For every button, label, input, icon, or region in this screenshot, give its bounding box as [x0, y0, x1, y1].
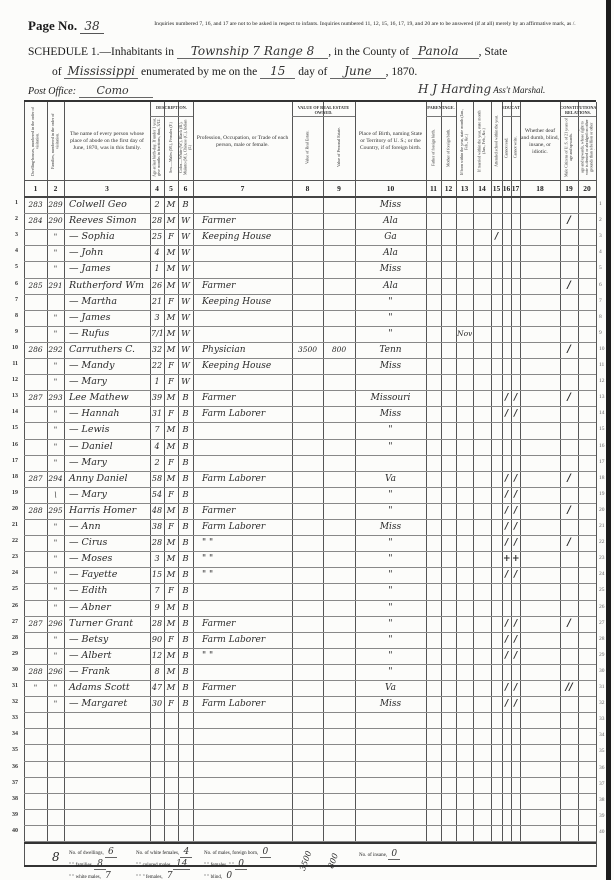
cell-name: Rutherford Wm [65, 280, 149, 292]
cell-age: 25 [151, 231, 163, 243]
line-number: 21 [4, 522, 18, 528]
column-header-8: Value of Real Estate. [293, 118, 322, 177]
cell-family: " [48, 602, 63, 614]
cell-age: 3 [151, 553, 163, 565]
cell-occupation: " " [194, 650, 291, 662]
cell-name: — James [65, 312, 149, 324]
summary-insane-label: No. of insane, [359, 853, 387, 858]
cell-occupation: Farm Laborer [194, 473, 291, 485]
summary-insane: No. of insane, 0 [359, 849, 400, 859]
line-number-right: 22 [599, 539, 605, 545]
summary-families-value: 8 [94, 859, 106, 870]
cell-color: B [179, 489, 192, 501]
cell-color: W [179, 215, 192, 227]
cell-age: 47 [151, 682, 163, 694]
group-header-parentage: PARENTAGE. [426, 105, 456, 116]
cell-sex: M [165, 537, 177, 549]
line-number: 5 [4, 264, 18, 270]
cell-c16: / [503, 408, 510, 420]
summary-foreign-males-value: 0 [260, 847, 272, 858]
line-number: 11 [4, 361, 18, 367]
group-header-education: EDUCATION. [502, 105, 520, 116]
cell-name: Harris Homer [65, 505, 149, 517]
cell-family: 292 [48, 344, 63, 356]
cell-name: — Edith [65, 585, 149, 597]
group-header-value-estate: VALUE OF REAL ESTATE OWNED. [292, 105, 355, 116]
cell-sex: M [165, 650, 177, 662]
cell-birthplace: Ala [356, 215, 425, 227]
cell-birthplace: " [356, 666, 425, 678]
cell-c16: / [503, 473, 510, 485]
column-header-13: If born within the year, state month (Ja… [457, 106, 472, 177]
cell-birthplace: " [356, 602, 425, 614]
column-header-15: Attended school within the year. [492, 106, 501, 177]
cell-occupation: Farmer [194, 280, 291, 292]
cell-name: Anny Daniel [65, 473, 149, 485]
line-number-right: 28 [599, 636, 605, 642]
cell-family: 289 [48, 199, 63, 211]
cell-family: " [48, 521, 63, 533]
cell-color: W [179, 247, 192, 259]
summary-white-males-value: 7 [102, 871, 114, 880]
cell-family: " [48, 231, 63, 243]
cell-c19: / [561, 344, 577, 356]
cell-c16: / [503, 505, 510, 517]
row-rule [24, 422, 596, 423]
row-rule [24, 487, 596, 488]
group-rule [426, 116, 456, 117]
cell-family: " [48, 424, 63, 436]
cell-c16: / [503, 489, 510, 501]
line-number-right: 18 [599, 475, 605, 481]
cell-occupation: " " [194, 537, 291, 549]
summary-white-males-label: " " white males, [69, 875, 101, 880]
line-number: 36 [4, 764, 18, 770]
cell-birthplace: " [356, 585, 425, 597]
day-of-label: day of [298, 66, 327, 78]
cell-family: 291 [48, 280, 63, 292]
column-header-3: The name of every person whose place of … [65, 106, 149, 177]
row-rule [24, 648, 596, 649]
cell-c16: / [503, 392, 510, 404]
group-rule [560, 116, 596, 117]
line-number-right: 37 [599, 781, 605, 787]
cell-age: 4 [151, 441, 163, 453]
line-number: 18 [4, 474, 18, 480]
column-number-8: 8 [292, 184, 323, 193]
row-rule [24, 245, 596, 246]
summary-personal-estate-total: 800 [325, 852, 342, 870]
cell-c17: / [512, 618, 519, 630]
column-number-14: 14 [473, 184, 491, 193]
row-rule [24, 390, 596, 391]
cell-age: 54 [151, 489, 163, 501]
cell-name: Reeves Simon [65, 215, 149, 227]
cell-family: " [48, 408, 63, 420]
column-header-6: Color.—White (W.), Black (B.), Mulatto (… [179, 118, 192, 177]
cell-sex: M [165, 666, 177, 678]
column-number-13: 13 [456, 184, 473, 193]
line-number-right: 4 [599, 249, 602, 255]
column-header-10: Place of Birth, naming State or Territor… [356, 106, 425, 177]
cell-name: — Moses [65, 553, 149, 565]
cell-birthplace: Missouri [356, 392, 425, 404]
cell-name: — Daniel [65, 441, 149, 453]
schedule-label: SCHEDULE 1.—Inhabitants in [28, 46, 174, 58]
summary-families: " " families, 8 [69, 859, 106, 869]
cell-sex: M [165, 441, 177, 453]
column-header-7: Profession, Occupation, or Trade of each… [194, 106, 291, 177]
cell-personal-estate: 800 [324, 344, 354, 356]
line-number: 20 [4, 506, 18, 512]
summary-foreign-females-label: " " females, " " [204, 863, 234, 868]
summary-colored-females-value: 7 [164, 871, 176, 880]
line-number: 8 [4, 313, 18, 319]
cell-c17: / [512, 682, 519, 694]
column-number-16: 16 [502, 184, 511, 193]
summary-blind-label: " " blind, [204, 875, 222, 880]
cell-age: 7 [151, 585, 163, 597]
group-rule [502, 116, 520, 117]
line-number-right: 36 [599, 765, 605, 771]
cell-c19: / [561, 392, 577, 404]
cell-name: Colwell Geo [65, 199, 149, 211]
line-number: 22 [4, 538, 18, 544]
cell-c16: / [503, 682, 510, 694]
cell-family: " [48, 537, 63, 549]
line-number-right: 34 [599, 732, 605, 738]
cell-family: " [48, 312, 63, 324]
cell-name: — Abner [65, 602, 149, 614]
cell-color: B [179, 666, 192, 678]
line-number: 7 [4, 297, 18, 303]
cell-birthplace: Ga [356, 231, 425, 243]
line-number: 40 [4, 828, 18, 834]
summary-white-males: " " white males, 7 [69, 871, 114, 880]
row-rule [24, 439, 596, 440]
cell-sex: F [165, 376, 177, 388]
column-number-12: 12 [441, 184, 456, 193]
cell-c16: / [503, 650, 510, 662]
line-number: 12 [4, 377, 18, 383]
cell-color: W [179, 312, 192, 324]
cell-name: — Hannah [65, 408, 149, 420]
line-number-right: 26 [599, 604, 605, 610]
summary-rule [24, 842, 596, 844]
line-number: 39 [4, 812, 18, 818]
page-total-mark: 8 [52, 851, 60, 863]
line-number: 2 [4, 216, 18, 222]
column-number-18: 18 [520, 184, 560, 193]
line-number-right: 23 [599, 555, 605, 561]
row-rule [24, 503, 596, 504]
line-number-right: 25 [599, 587, 605, 593]
line-number: 4 [4, 248, 18, 254]
cell-color: B [179, 553, 192, 565]
line-number: 31 [4, 683, 18, 689]
row-rule [24, 406, 596, 407]
column-header-4: Age at last birth-day. If under 1 year, … [151, 118, 163, 177]
line-number: 38 [4, 796, 18, 802]
cell-c17: + [512, 553, 519, 565]
cell-color: B [179, 650, 192, 662]
column-number-10: 10 [355, 184, 426, 193]
line-number-right: 14 [599, 410, 605, 416]
line-number-right: 1 [599, 201, 602, 207]
summary-insane-value: 0 [388, 849, 400, 860]
cell-sex: M [165, 199, 177, 211]
cell-name: — Lewis [65, 424, 149, 436]
line-number-right: 16 [599, 443, 605, 449]
cell-occupation: Farmer [194, 215, 291, 227]
cell-family: 296 [48, 666, 63, 678]
line-number-right: 2 [599, 217, 602, 223]
line-number: 10 [4, 345, 18, 351]
cell-sex: M [165, 553, 177, 565]
cell-name: — Martha [65, 296, 149, 308]
marshal-name: H J Harding [418, 82, 491, 96]
cell-sex: M [165, 569, 177, 581]
cell-sex: M [165, 618, 177, 630]
line-number: 32 [4, 699, 18, 705]
line-number-right: 3 [599, 233, 602, 239]
township-field: Township 7 Range 8 [177, 44, 328, 59]
cell-name: — Mary [65, 489, 149, 501]
column-number-20: 20 [578, 184, 596, 193]
row-rule [24, 519, 596, 520]
row-rule [24, 342, 596, 343]
row-rule [24, 535, 596, 536]
line-number-right: 17 [599, 459, 605, 465]
cell-name: Lee Mathew [65, 392, 149, 404]
summary-colored-males-value: 14 [173, 859, 190, 870]
cell-family: " [48, 553, 63, 565]
cell-occupation: Farmer [194, 618, 291, 630]
cell-c17: / [512, 392, 519, 404]
cell-c16: / [503, 618, 510, 630]
cell-color: B [179, 585, 192, 597]
cell-birthplace: Miss [356, 408, 425, 420]
row-rule [24, 567, 596, 568]
group-rule [292, 116, 355, 117]
cell-color: W [179, 360, 192, 372]
cell-c16: / [503, 634, 510, 646]
cell-c16: + [503, 553, 510, 565]
cell-age: 9 [151, 602, 163, 614]
column-header-12: Mother of foreign birth. [442, 118, 455, 177]
cell-birthplace: " [356, 312, 425, 324]
cell-birthplace: " [356, 505, 425, 517]
cell-sex: M [165, 247, 177, 259]
column-rule [596, 102, 597, 867]
cell-family: \ [48, 489, 63, 501]
cell-color: B [179, 408, 192, 420]
cell-name: — Rufus [65, 328, 149, 340]
line-number: 17 [4, 458, 18, 464]
cell-color: W [179, 296, 192, 308]
line-number: 26 [4, 603, 18, 609]
group-rule [150, 116, 193, 117]
county-label: , in the County of [328, 46, 409, 58]
column-number-19: 19 [560, 184, 578, 193]
cell-name: — Sophia [65, 231, 149, 243]
row-rule [24, 600, 596, 601]
cell-sex: M [165, 215, 177, 227]
enumeration-line: of Mississippi enumerated by me on the 1… [52, 64, 417, 78]
column-number-9: 9 [323, 184, 355, 193]
cell-age: 30 [151, 698, 163, 710]
cell-color: B [179, 569, 192, 581]
line-number-right: 27 [599, 620, 605, 626]
line-number-right: 20 [599, 507, 605, 513]
cell-age: 7 [151, 424, 163, 436]
row-rule [24, 761, 596, 762]
line-number-right: 31 [599, 684, 605, 690]
summary-dwellings-label: No. of dwellings, [69, 851, 104, 856]
summary-white-females: No. of white females, 4 [136, 847, 192, 857]
row-rule [24, 278, 596, 279]
cell-family: " [48, 457, 63, 469]
cell-occupation: Farm Laborer [194, 521, 291, 533]
post-office-label: Post Office: [28, 86, 76, 97]
cell-dwelling: 286 [25, 344, 46, 356]
row-rule [24, 793, 596, 794]
line-number: 33 [4, 715, 18, 721]
cell-c19: / [561, 537, 577, 549]
line-number-right: 19 [599, 491, 605, 497]
cell-color: B [179, 618, 192, 630]
cell-dwelling: 287 [25, 392, 46, 404]
cell-color: B [179, 698, 192, 710]
cell-sex: M [165, 682, 177, 694]
cell-age: 48 [151, 505, 163, 517]
cell-birthplace: " [356, 328, 425, 340]
line-number-right: 30 [599, 668, 605, 674]
cell-family: " [48, 376, 63, 388]
column-header-14: If married within the year, state month … [474, 106, 490, 177]
line-number-right: 13 [599, 394, 605, 400]
cell-age: 1 [151, 376, 163, 388]
group-header-constitutional: CONSTITUTIONAL RELATIONS. [560, 105, 596, 116]
line-number-right: 32 [599, 700, 605, 706]
cell-family: " [48, 263, 63, 275]
cell-age: 58 [151, 473, 163, 485]
cell-c17: / [512, 473, 519, 485]
cell-birthplace: Miss [356, 263, 425, 275]
summary-white-females-label: No. of white females, [136, 851, 179, 856]
line-number: 6 [4, 281, 18, 287]
cell-age: 1 [151, 263, 163, 275]
row-rule [24, 680, 596, 681]
row-rule [24, 809, 596, 810]
cell-c17: / [512, 698, 519, 710]
cell-birthplace: Va [356, 682, 425, 694]
cell-family: 295 [48, 505, 63, 517]
column-header-5: Sex.—Males (M.), Females (F.) [165, 118, 177, 177]
line-number-right: 12 [599, 378, 605, 384]
column-number-2: 2 [47, 184, 64, 193]
row-rule [24, 551, 596, 552]
header-rule [24, 180, 596, 181]
cell-color: B [179, 505, 192, 517]
summary-real-estate-total: 3500 [297, 849, 315, 872]
row-rule [24, 825, 596, 826]
line-number-right: 8 [599, 314, 602, 320]
summary-foreign-females-value: 0 [235, 859, 247, 870]
cell-occupation: Farm Laborer [194, 408, 291, 420]
column-number-1: 1 [24, 184, 47, 193]
cell-age: 4 [151, 247, 163, 259]
cell-name: — Mary [65, 457, 149, 469]
cell-c16: / [503, 537, 510, 549]
summary-blind: " " blind, 0 [204, 871, 235, 880]
cell-occupation: Keeping House [194, 360, 291, 372]
line-number-right: 15 [599, 426, 605, 432]
page-number: Page No. 38 [28, 18, 104, 34]
cell-dwelling: 287 [25, 473, 46, 485]
census-table: Dwelling-houses, numbered in the order o… [24, 100, 596, 865]
line-number-right: 6 [599, 282, 602, 288]
cell-birthplace: " [356, 618, 425, 630]
cell-c19: / [561, 473, 577, 485]
summary-foreign-males-label: No. of males, foreign born, [204, 851, 258, 856]
cell-birthplace: Miss [356, 360, 425, 372]
cell-color: B [179, 537, 192, 549]
row-rule [24, 583, 596, 584]
cell-birthplace: Va [356, 473, 425, 485]
cell-dwelling: 284 [25, 215, 46, 227]
day-field: 15 [260, 64, 295, 79]
cell-sex: M [165, 344, 177, 356]
summary-blind-value: 0 [223, 871, 235, 880]
line-number-right: 40 [599, 829, 605, 835]
cell-age: 7/12 [151, 328, 163, 340]
summary-dwellings: No. of dwellings, 6 [69, 847, 117, 857]
column-number-6: 6 [178, 184, 193, 193]
row-rule [24, 744, 596, 745]
cell-family: " [48, 682, 63, 694]
cell-c17: / [512, 569, 519, 581]
cell-age: 39 [151, 392, 163, 404]
column-header-2: Families, numbered in the order of visit… [48, 106, 63, 177]
cell-c17: / [512, 408, 519, 420]
cell-age: 3 [151, 312, 163, 324]
cell-birthplace: Ala [356, 247, 425, 259]
marshal-label: Ass't Marshal. [493, 85, 545, 95]
line-number: 29 [4, 651, 18, 657]
row-rule [24, 261, 596, 262]
row-rule [24, 358, 596, 359]
row-rule [24, 310, 596, 311]
header-rule [24, 196, 596, 198]
cell-occupation: Farmer [194, 505, 291, 517]
row-rule [24, 471, 596, 472]
cell-birthplace: Ala [356, 280, 425, 292]
cell-age: 8 [151, 666, 163, 678]
marshal-signature: H J Harding Ass't Marshal. [418, 82, 545, 96]
cell-real-estate: 3500 [293, 344, 322, 356]
cell-family: " [48, 569, 63, 581]
cell-dwelling: 288 [25, 505, 46, 517]
cell-age: 22 [151, 360, 163, 372]
cell-name: — Cirus [65, 537, 149, 549]
cell-family: " [48, 585, 63, 597]
row-rule [24, 616, 596, 617]
cell-age: 12 [151, 650, 163, 662]
cell-occupation: Farmer [194, 392, 291, 404]
row-rule [24, 374, 596, 375]
cell-name: — Margaret [65, 698, 149, 710]
